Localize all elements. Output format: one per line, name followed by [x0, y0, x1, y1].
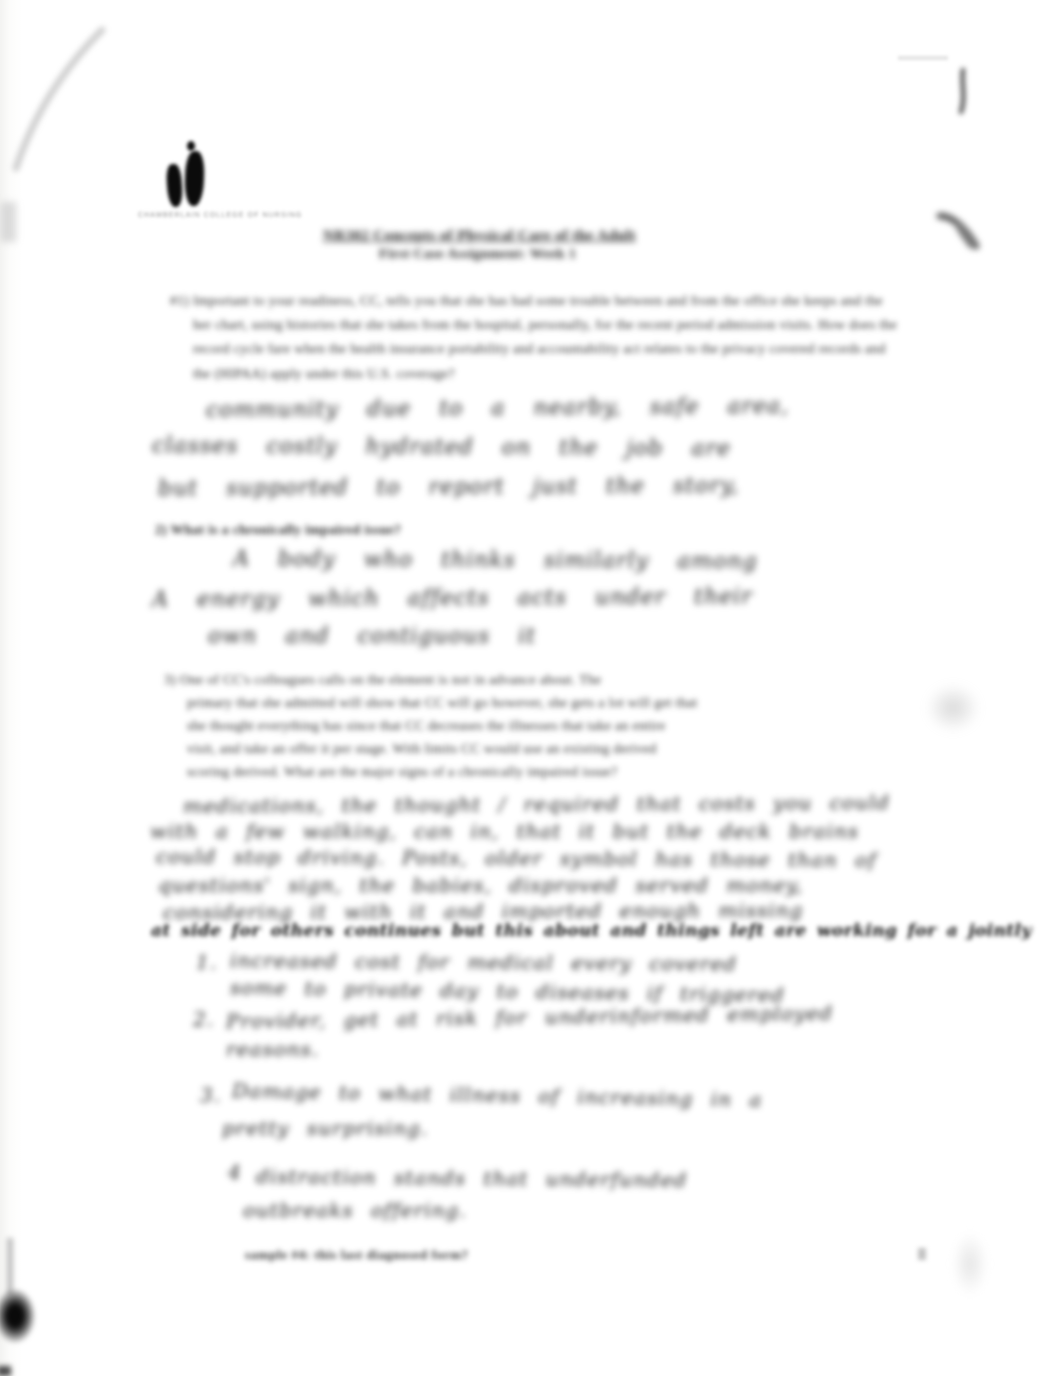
list-item-line: distraction stands that underfunded [256, 1164, 687, 1192]
handwritten-emphasis-line: at side for others continues but this ab… [151, 921, 1032, 941]
handwritten-answer-line: classes costly hydrated on the job are [152, 433, 731, 461]
question-3-text-line: 3) One of CC's colleagues calls on the e… [164, 672, 601, 688]
list-item-line: Damage to what illness of increasing in … [232, 1078, 763, 1111]
handwritten-answer-line: A energy which affects acts under their [152, 584, 753, 612]
list-item-marker: 1. [196, 950, 217, 974]
pen-tick-icon [950, 66, 976, 118]
list-item-marker: 3. [200, 1083, 221, 1107]
list-item-line: Provider, get at risk for underinformed … [226, 1001, 833, 1033]
logo-figure-left [166, 164, 184, 208]
handwritten-answer-line: with a few walking, can in, that it but … [150, 819, 859, 843]
handwritten-answer-line: own and contiguous it [208, 624, 536, 649]
question-3-text-line: scoring derived. What are the major sign… [187, 764, 617, 780]
list-item-marker: 2. [193, 1007, 214, 1031]
top-right-scan-line [898, 56, 948, 60]
scan-crease-mark [0, 18, 130, 178]
pen-check-mark-icon [934, 204, 986, 254]
question-3-text-line: visit, and take an offer it per stage. W… [187, 741, 657, 757]
handwritten-answer-line: community due to a nearby, safe area, [206, 394, 789, 423]
question-1-text-line: record cycle fare when the health insura… [193, 341, 886, 357]
list-item-line: reasons. [226, 1037, 319, 1061]
handwritten-answer-line: but supported to report just the story, [158, 473, 739, 501]
list-item-line: pretty surprising. [222, 1116, 428, 1140]
list-item-marker: 4 [228, 1160, 242, 1184]
left-edge-smudge [0, 202, 16, 242]
scanned-document-page: CHAMBERLAIN COLLEGE OF NURSING NR302 Con… [0, 0, 1062, 1376]
document-title-line1: NR302 Concepts of Physical Care of the A… [323, 228, 636, 245]
question-1-text-line: #1) Important to your readiness, CC, tel… [170, 293, 883, 309]
document-title-line2: First Case Assignment: Week 1 [379, 247, 576, 263]
binder-hole-blob [0, 1288, 36, 1344]
handwritten-answer-line: medications, the thought / required that… [183, 790, 890, 818]
logo-figure-dot [187, 141, 195, 151]
handwritten-answer-line: questions' sign, the babies, disproved s… [158, 873, 803, 897]
logo-caption: CHAMBERLAIN COLLEGE OF NURSING [138, 212, 302, 219]
margin-smudge-faint [952, 1232, 988, 1296]
handwritten-answer-line: A body who thinks similarly among [233, 547, 758, 575]
list-item-line: outbreaks offering. [243, 1198, 467, 1222]
list-item-line: increased cost for medical every covered [230, 948, 737, 976]
bottom-corner-mark [0, 1366, 11, 1376]
question-1-text-line: her chart, using histories that she take… [193, 317, 897, 333]
logo-figure-right [184, 151, 205, 207]
binder-mark-stem [7, 1238, 13, 1296]
question-2-text-line: 2) What is a chronically impaired issue? [155, 522, 401, 538]
question-3-text-line: she thought everything has since that CC… [187, 718, 666, 734]
margin-smudge [926, 684, 980, 732]
question-3-text-line: primary that she admitted will show that… [187, 695, 697, 711]
question-1-text-line: the (HIPAA) apply under this U.S. covera… [193, 366, 455, 382]
margin-tick-small [918, 1248, 926, 1260]
handwritten-answer-line: could stop driving. Posts, older symbol … [156, 844, 877, 872]
footer-prompt-line: sample #4: this last diagnosed form? [245, 1247, 468, 1263]
